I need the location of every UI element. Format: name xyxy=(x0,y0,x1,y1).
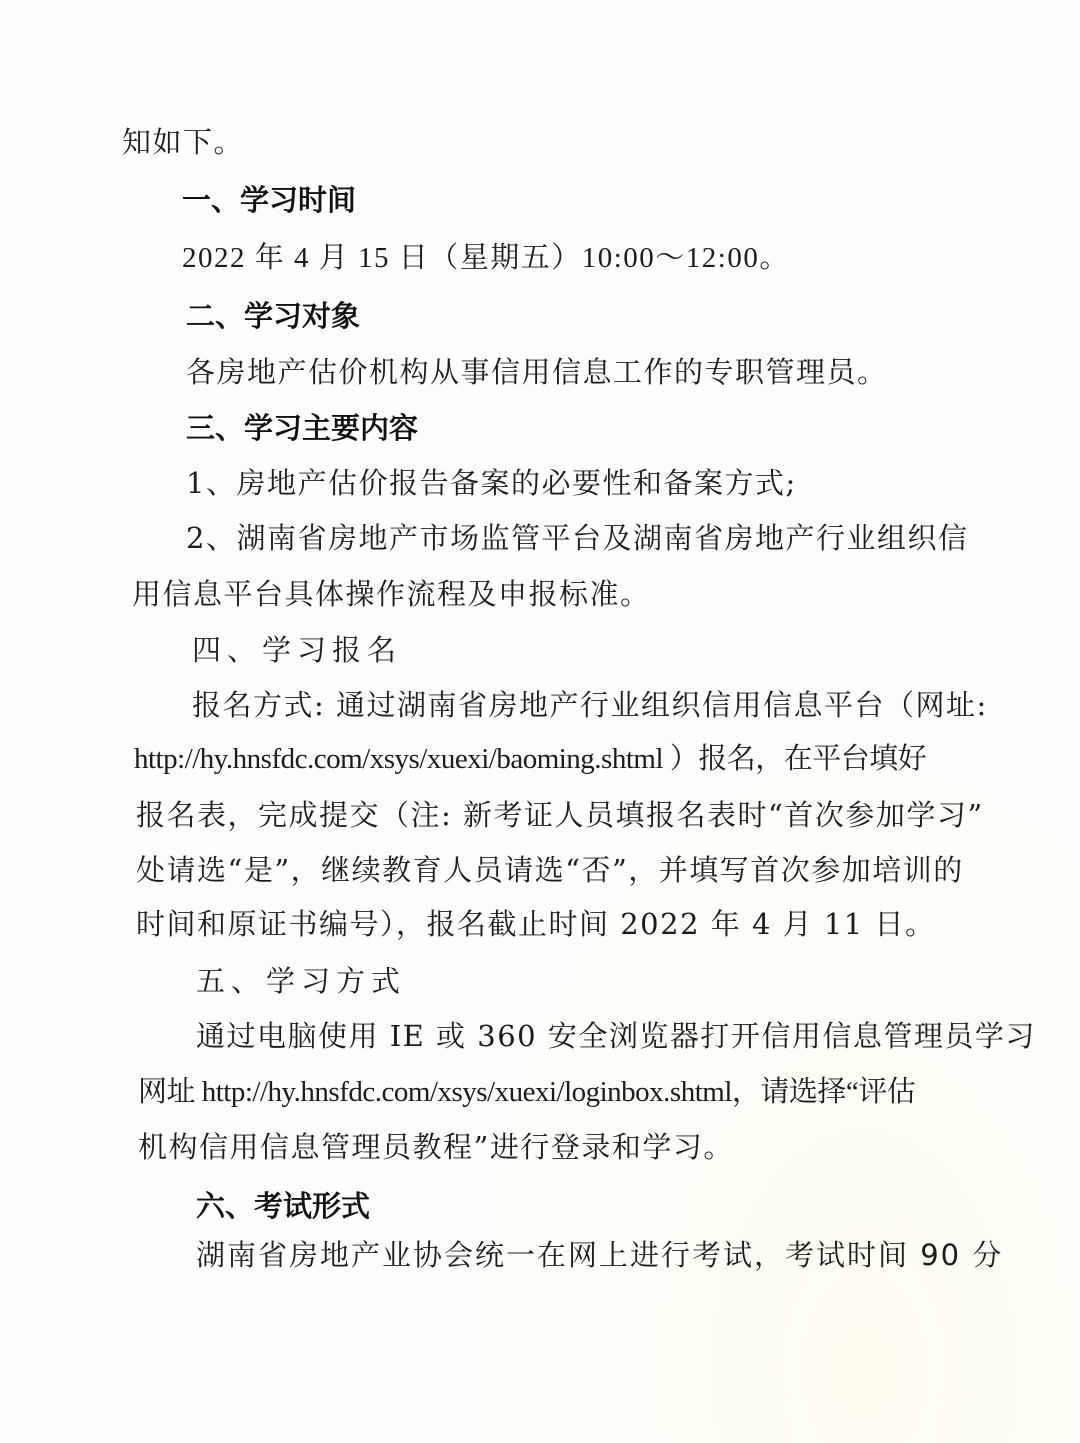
study-content-item-2-line-2: 用信息平台具体操作流程及申报标准。 xyxy=(132,576,651,612)
study-content-item-2-line-1: 2、湖南省房地产市场监管平台及湖南省房地产行业组织信 xyxy=(186,520,968,556)
study-content-item-1: 1、房地产估价报告备案的必要性和备案方式; xyxy=(186,465,797,501)
section-heading-study-method: 五、学习方式 xyxy=(196,963,406,999)
study-time-text: 2022 年 4 月 15 日（星期五）10:00～12:00。 xyxy=(182,240,790,276)
registration-text-line-3: 报名表，完成提交（注: 新考证人员填报名表时“首次参加学习” xyxy=(136,797,984,833)
scanned-document-page: 知如下。 一、学习时间 2022 年 4 月 15 日（星期五）10:00～12… xyxy=(0,0,1080,1443)
section-heading-exam-format: 六、考试形式 xyxy=(196,1188,370,1224)
registration-text-line-5: 时间和原证书编号），报名截止时间 2022 年 4 月 11 日。 xyxy=(136,906,935,942)
study-method-text-line-3: 机构信用信息管理员教程”进行登录和学习。 xyxy=(138,1129,734,1165)
intro-tail-text: 知如下。 xyxy=(122,124,244,160)
registration-text-line-4: 处请选“是”，继续教育人员请选“否”，并填写首次参加培训的 xyxy=(136,852,964,888)
registration-url-line: http://hy.hnsfdc.com/xsys/xuexi/baoming.… xyxy=(134,741,926,777)
study-method-text-line-1: 通过电脑使用 IE 或 360 安全浏览器打开信用信息管理员学习 xyxy=(196,1018,1036,1054)
section-heading-study-target: 二、学习对象 xyxy=(186,298,360,334)
registration-text-line-1: 报名方式: 通过湖南省房地产行业组织信用信息平台（网址: xyxy=(192,687,988,723)
study-target-text: 各房地产估价机构从事信用信息工作的专职管理员。 xyxy=(186,354,888,390)
section-heading-registration: 四、学习报名 xyxy=(192,632,402,668)
exam-format-text: 湖南省房地产业协会统一在网上进行考试，考试时间 90 分 xyxy=(196,1237,1003,1273)
section-heading-study-time: 一、学习时间 xyxy=(182,182,356,218)
section-heading-study-content: 三、学习主要内容 xyxy=(186,410,418,446)
study-method-url-line: 网址 http://hy.hnsfdc.com/xsys/xuexi/login… xyxy=(138,1074,915,1110)
